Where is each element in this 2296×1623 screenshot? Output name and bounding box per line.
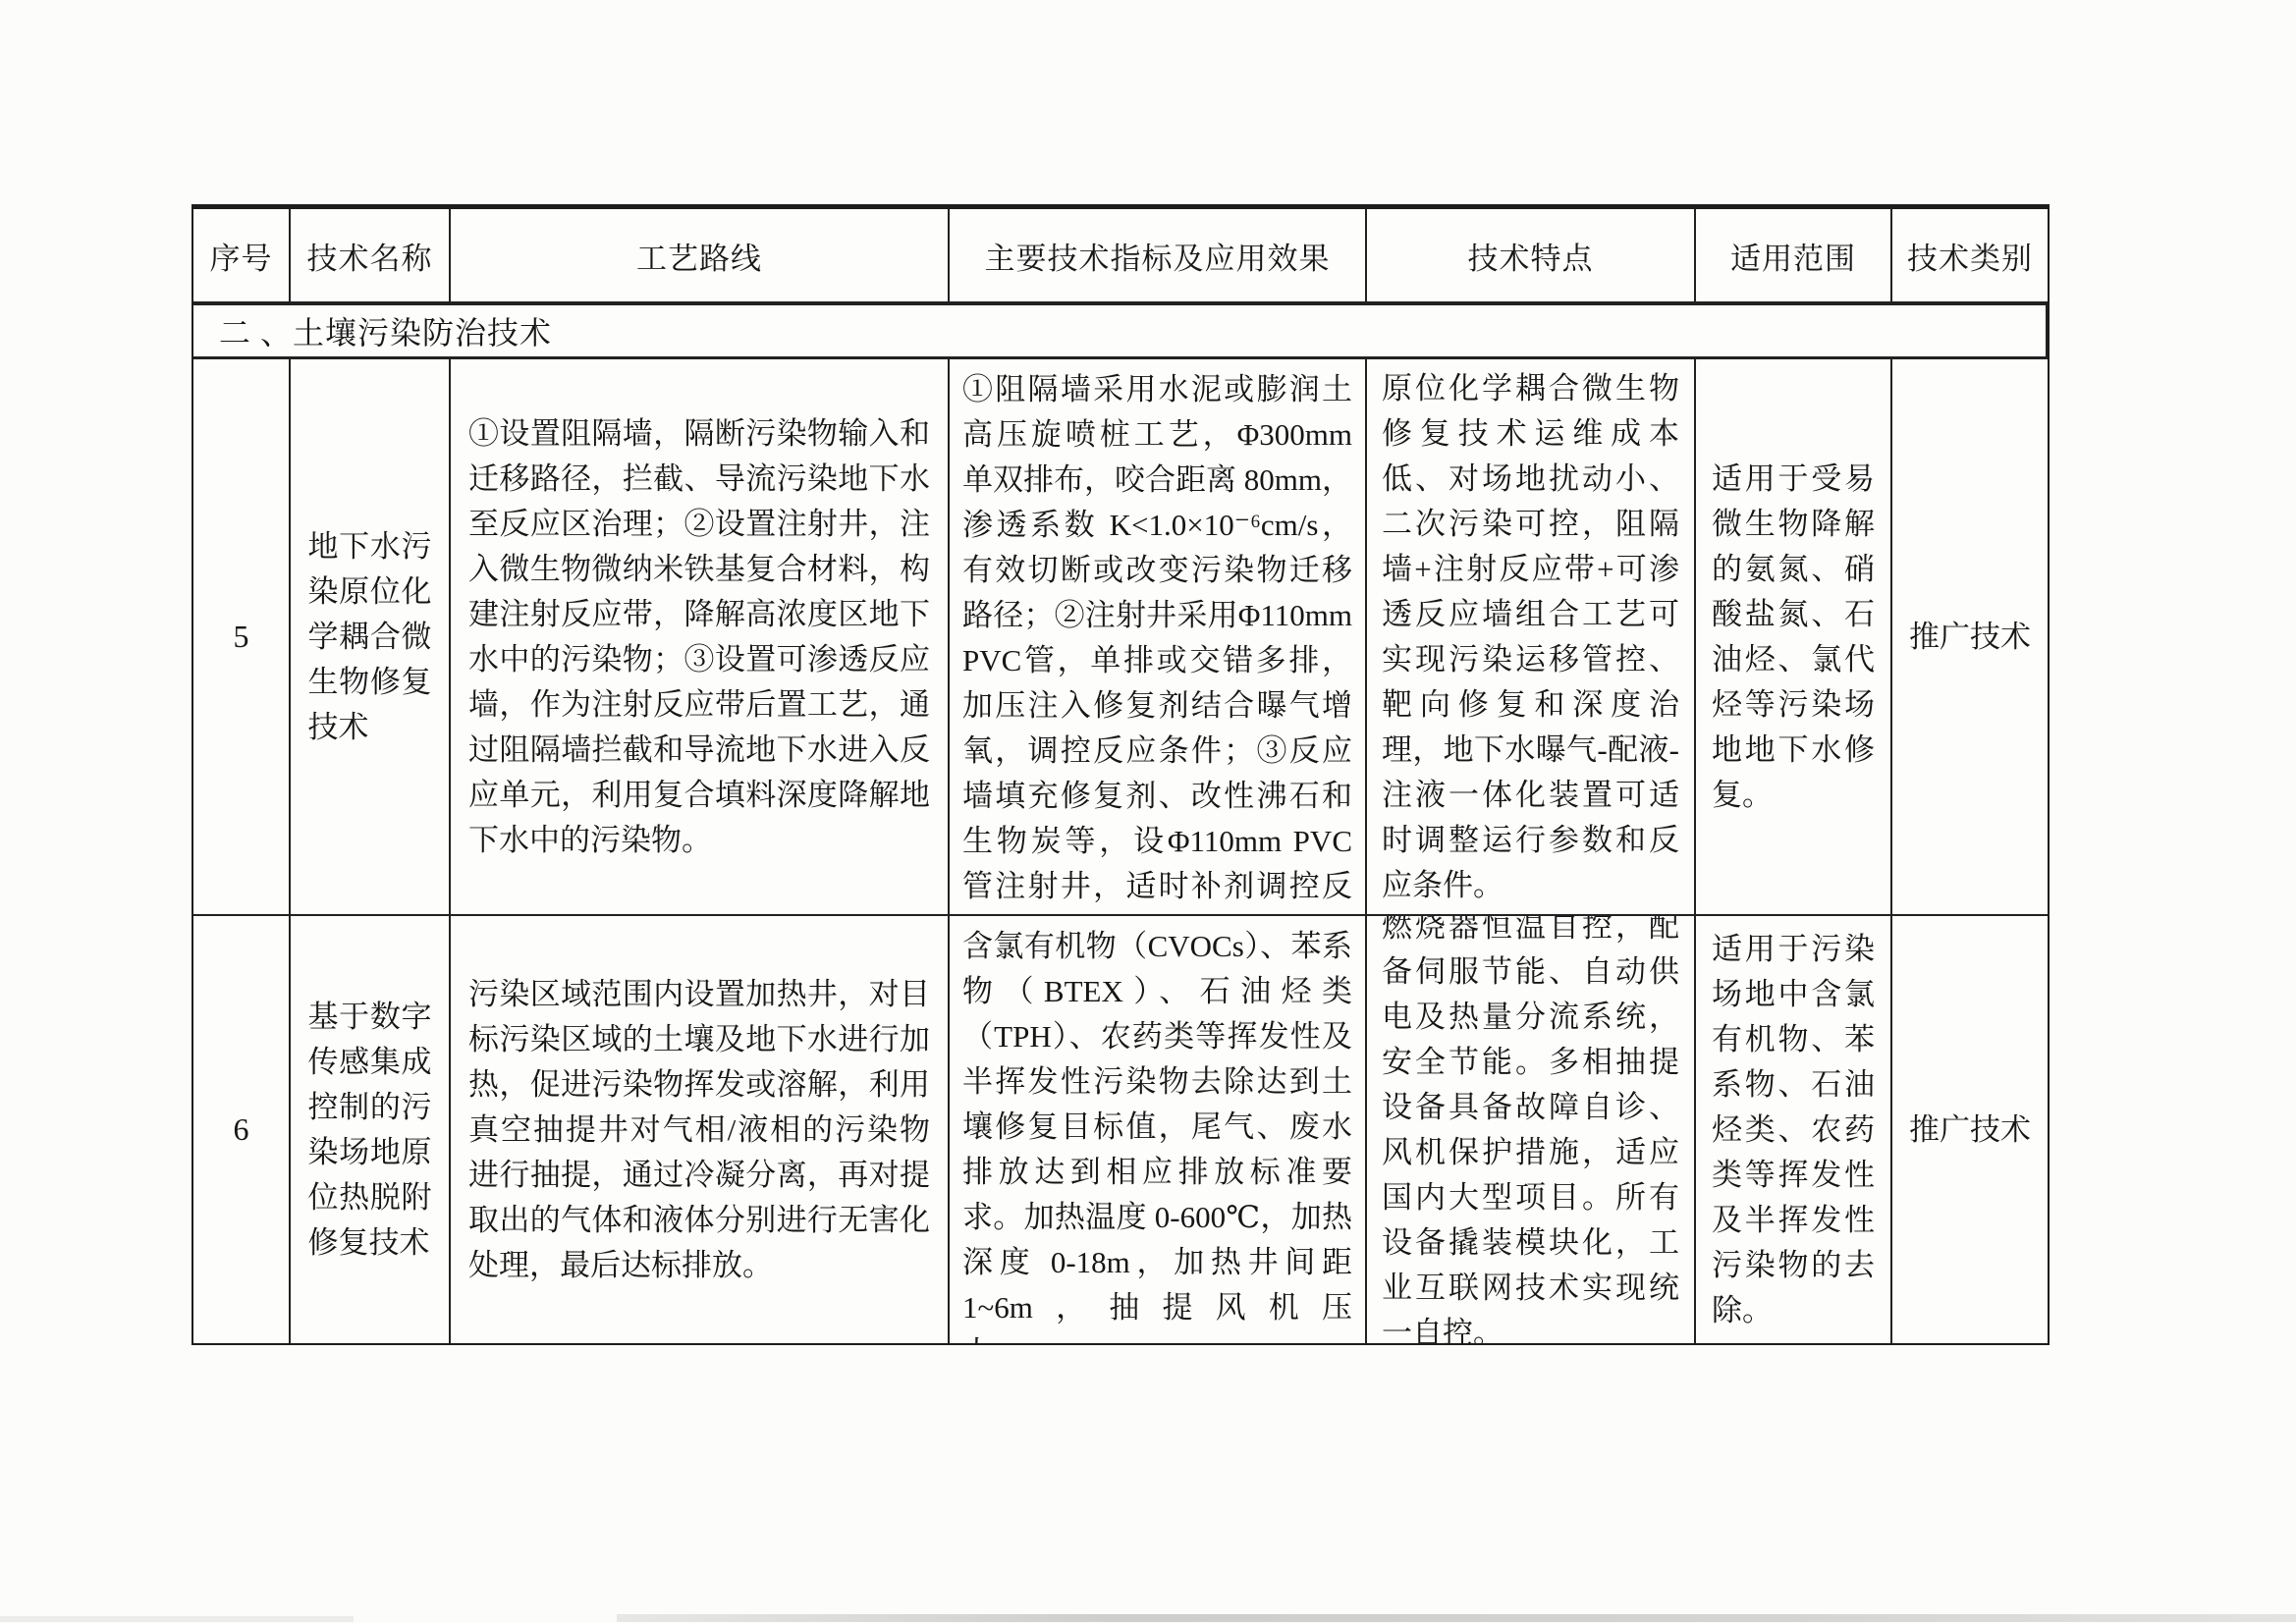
table-row-6-indicators: 含氯有机物（CVOCs）、苯系物（BTEX）、石油烃类（TPH）、农药类等挥发性… [950, 916, 1367, 1343]
table-row-5-category: 推广技术 [1892, 359, 2048, 916]
table-row-5-scope: 适用于受易微生物降解的氨氮、硝酸盐氮、石油烃、氯代烃等污染场地地下水修复。 [1696, 359, 1892, 916]
table-row-5-process: ①设置阻隔墙，隔断污染物输入和迁移路径，拦截、导流污染地下水至反应区治理；②设置… [451, 359, 950, 916]
category-text: 推广技术 [1909, 615, 2031, 660]
scan-artifact-bar [617, 1614, 2296, 1622]
process-route-text: 污染区域范围内设置加热井，对目标污染区域的土壤及地下水进行加热，促进污染物挥发或… [468, 972, 930, 1288]
indicators-text: ①阻隔墙采用水泥或膨润土高压旋喷桩工艺，Φ300mm 单双排布，咬合距离 80m… [962, 367, 1352, 916]
table-row-5-name: 地下水污染原位化学耦合微生物修复技术 [291, 359, 451, 916]
table-row-5-no: 5 [193, 359, 291, 916]
header-cell-scope: 适用范围 [1696, 209, 1892, 305]
scan-artifact-bar-left [0, 1616, 354, 1622]
features-text: 燃烧器恒温自控，配备伺服节能、自动供电及热量分流系统，安全节能。多相抽提设备具备… [1382, 916, 1679, 1343]
indicators-text: 含氯有机物（CVOCs）、苯系物（BTEX）、石油烃类（TPH）、农药类等挥发性… [962, 924, 1352, 1343]
header-label-category: 技术类别 [1907, 234, 2033, 278]
scanned-document-page: 序号 技术名称 工艺路线 主要技术指标及应用效果 技术特点 适用范围 技术类别 … [0, 0, 2296, 1623]
header-cell-name: 技术名称 [291, 209, 451, 305]
header-cell-indicators: 主要技术指标及应用效果 [950, 209, 1367, 305]
scope-text: 适用于污染场地中含氯有机物、苯系物、石油烃类、农药类等挥发性及半挥发性污染物的去… [1712, 927, 1875, 1333]
section-title-row: 二 、土壤污染防治技术 [193, 305, 2048, 359]
header-cell-features: 技术特点 [1367, 209, 1696, 305]
header-label-process: 工艺路线 [636, 234, 762, 278]
header-label-indicators: 主要技术指标及应用效果 [985, 234, 1331, 278]
row-number: 5 [234, 619, 249, 655]
table-row-5-indicators: ①阻隔墙采用水泥或膨润土高压旋喷桩工艺，Φ300mm 单双排布，咬合距离 80m… [950, 359, 1367, 916]
table-row-6-features: 燃烧器恒温自控，配备伺服节能、自动供电及热量分流系统，安全节能。多相抽提设备具备… [1367, 916, 1696, 1343]
row-number: 6 [234, 1111, 249, 1148]
table-row-6-no: 6 [193, 916, 291, 1343]
process-route-text: ①设置阻隔墙，隔断污染物输入和迁移路径，拦截、导流污染地下水至反应区治理；②设置… [468, 411, 930, 863]
header-label-no: 序号 [210, 234, 273, 278]
scope-text: 适用于受易微生物降解的氨氮、硝酸盐氮、石油烃、氯代烃等污染场地地下水修复。 [1712, 457, 1875, 818]
technology-table: 序号 技术名称 工艺路线 主要技术指标及应用效果 技术特点 适用范围 技术类别 … [191, 204, 2050, 1345]
header-cell-no: 序号 [193, 209, 291, 305]
table-row-6-name: 基于数字传感集成控制的污染场地原位热脱附修复技术 [291, 916, 451, 1343]
header-label-features: 技术特点 [1468, 234, 1594, 278]
technology-name: 基于数字传感集成控制的污染场地原位热脱附修复技术 [308, 995, 432, 1266]
header-label-scope: 适用范围 [1730, 234, 1856, 278]
header-cell-category: 技术类别 [1892, 209, 2048, 305]
features-text: 原位化学耦合微生物修复技术运维成本低、对场地扰动小、二次污染可控，阻隔墙+注射反… [1382, 366, 1679, 908]
technology-name: 地下水污染原位化学耦合微生物修复技术 [308, 524, 432, 750]
table-row-6-scope: 适用于污染场地中含氯有机物、苯系物、石油烃类、农药类等挥发性及半挥发性污染物的去… [1696, 916, 1892, 1343]
table-row-5-features: 原位化学耦合微生物修复技术运维成本低、对场地扰动小、二次污染可控，阻隔墙+注射反… [1367, 359, 1696, 916]
table-row-6-category: 推广技术 [1892, 916, 2048, 1343]
section-title: 二 、土壤污染防治技术 [219, 308, 552, 353]
category-text: 推广技术 [1909, 1108, 2031, 1153]
header-label-name: 技术名称 [307, 234, 433, 278]
header-cell-process: 工艺路线 [451, 209, 950, 305]
table-row-6-process: 污染区域范围内设置加热井，对目标污染区域的土壤及地下水进行加热，促进污染物挥发或… [451, 916, 950, 1343]
